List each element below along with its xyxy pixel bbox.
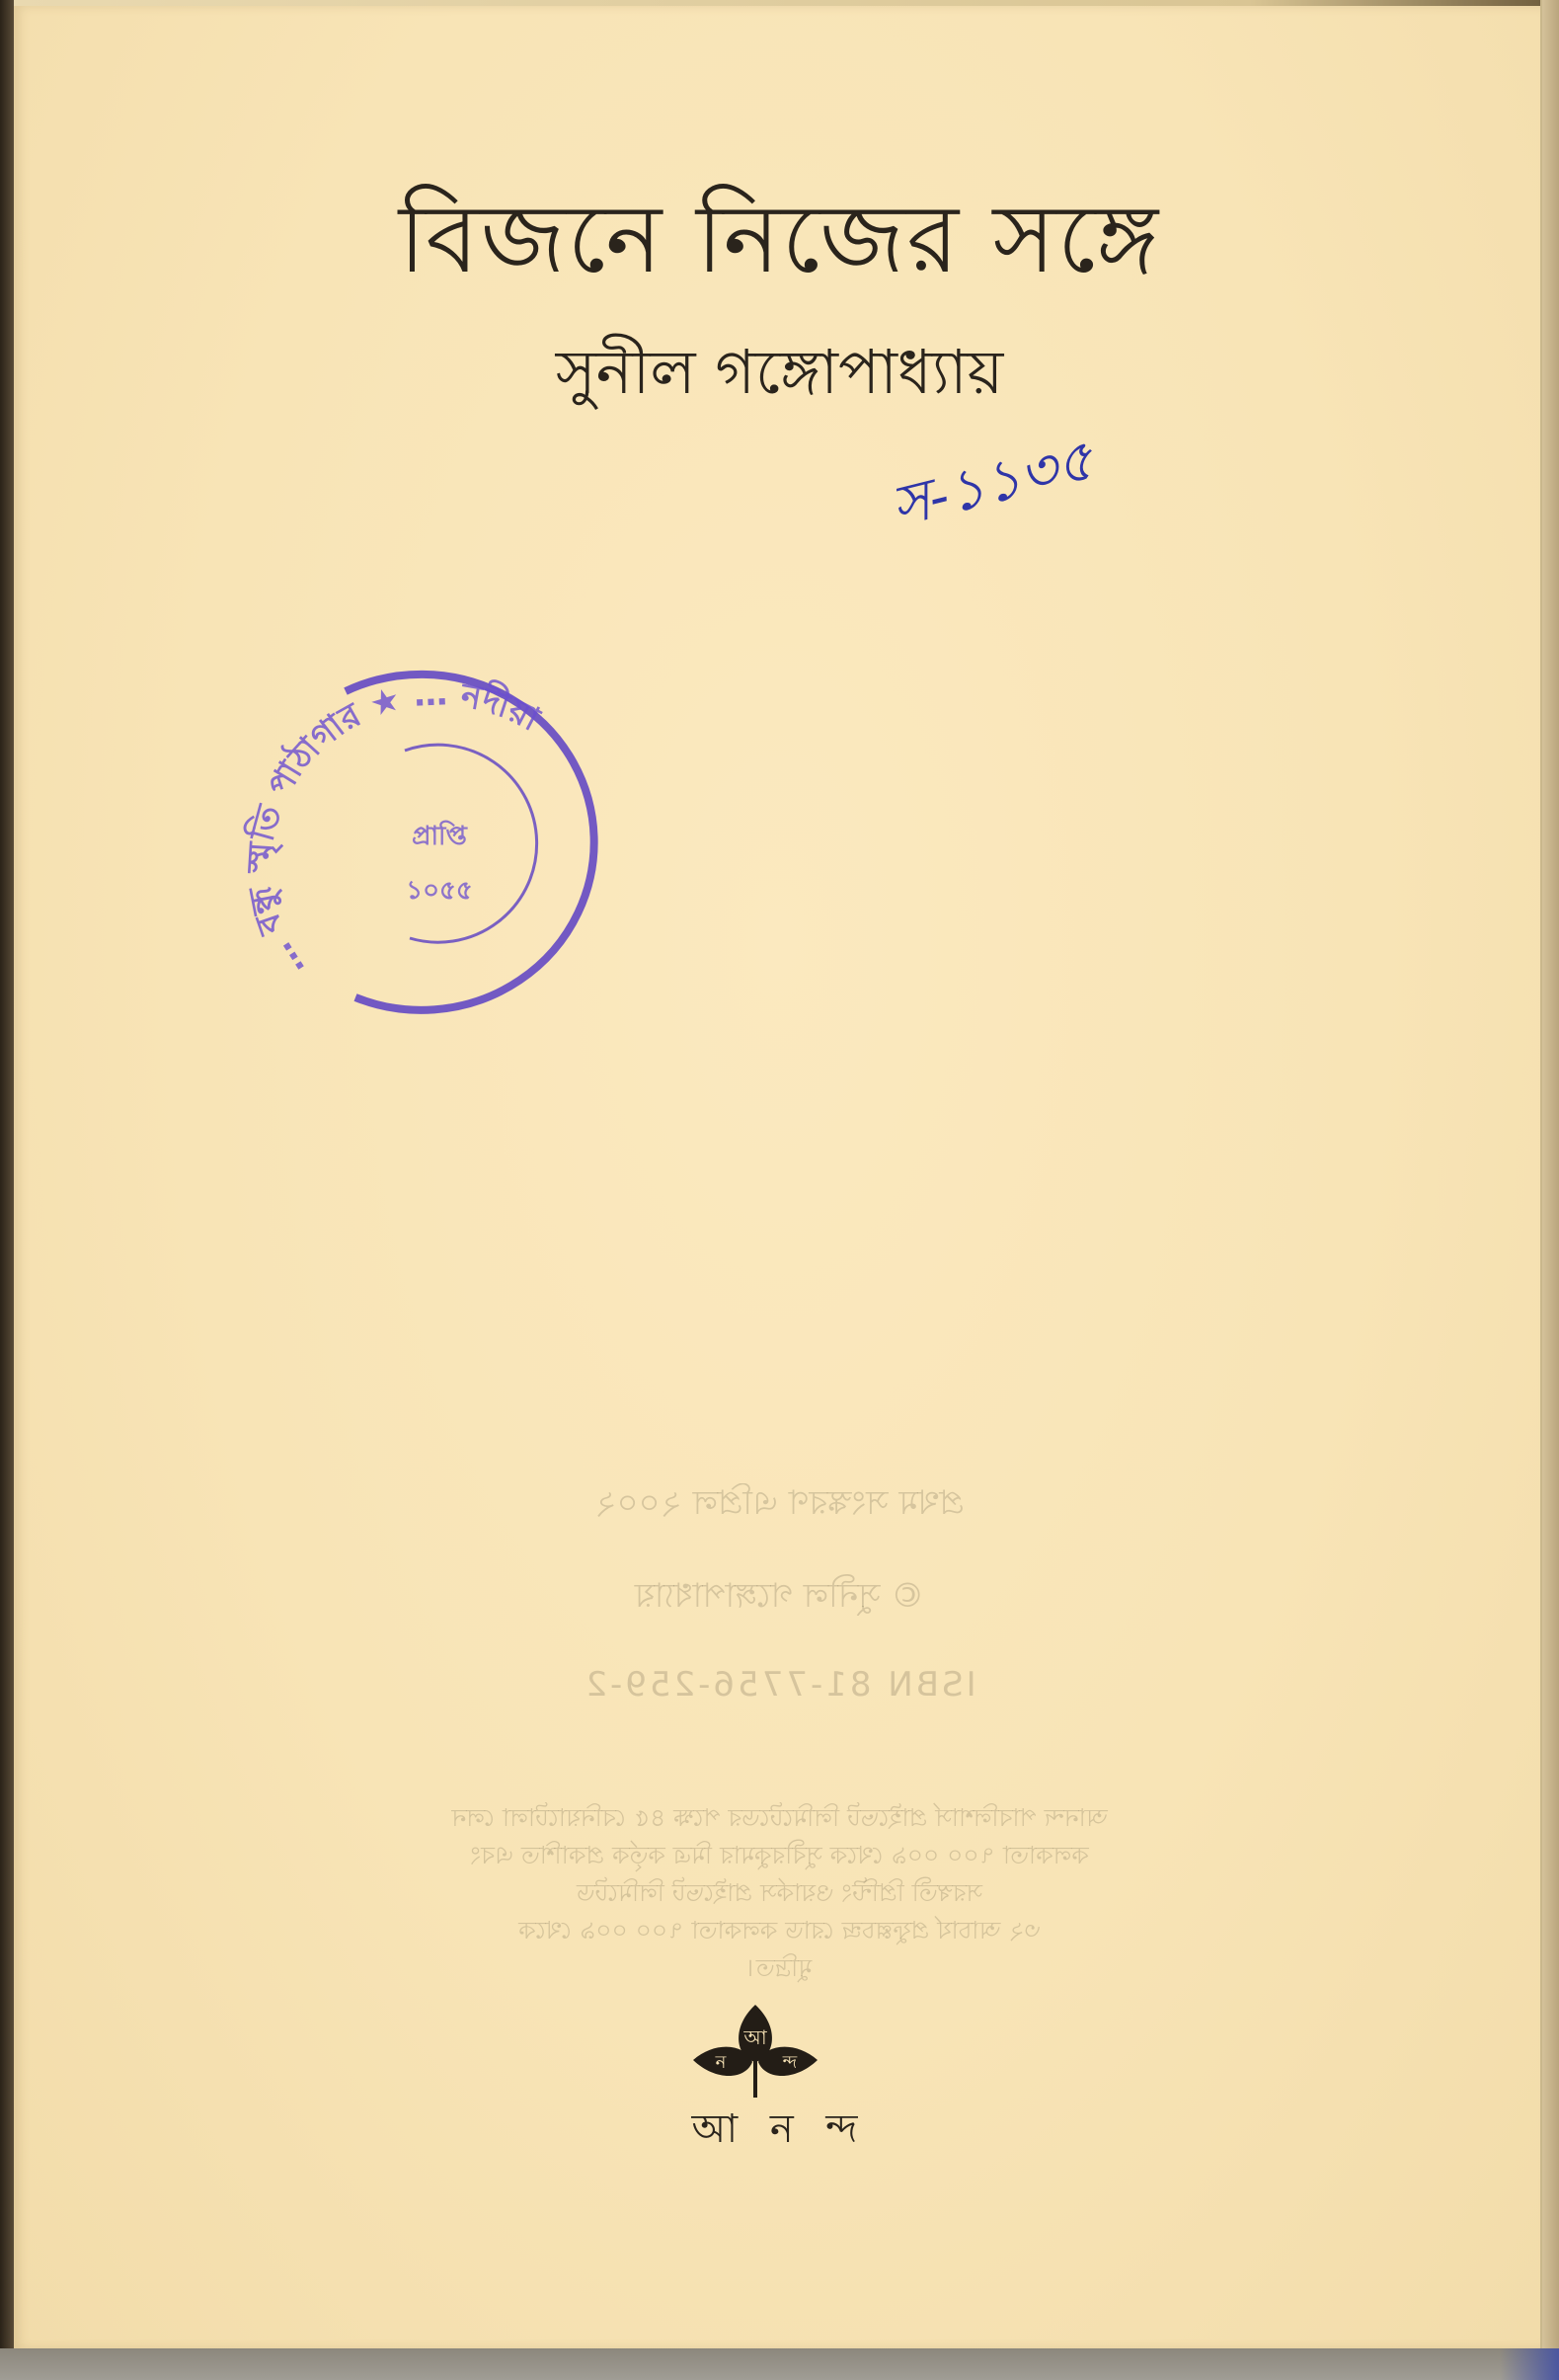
imprint-line: আনন্দ পাবলিশার্স প্রাইভেট লিমিটেডের পক্ষ… [0,1799,1559,1837]
scan-corner-tint [1500,2348,1559,2380]
bleed-isbn: ISBN 81-7756-259-2 [0,1665,1559,1705]
leaf-letter-top: আ [742,2025,767,2049]
imprint-line: কলকাতা ৭০০ ০০৯ থেকে সুবীরকুমার মিত্র কর্… [0,1837,1559,1874]
three-leaf-logo-icon: আ ন ন্দ [691,2003,819,2102]
imprint-line: সরস্বতী প্রিন্টিং ওয়ার্কস প্রাইভেট লিমি… [0,1874,1559,1912]
imprint-line: মুদ্রিত। [0,1949,1559,1987]
bleed-imprint: আনন্দ পাবলিশার্স প্রাইভেট লিমিটেডের পক্ষ… [0,1799,1559,1987]
svg-text:… বন্ধু স্মৃতি পাঠাগার ★ … নদী: … বন্ধু স্মৃতি পাঠাগার ★ … নদীয়া [240,674,547,985]
publisher-wordmark: আ ন ন্দ [0,2098,1559,2164]
imprint-line: ৩২ আচার্য প্রফুল্লচন্দ্র রোড কলকাতা ৭০০ … [0,1912,1559,1949]
book-title: বিজনে নিজের সঙ্গে [0,166,1559,325]
publisher-logo: আ ন ন্দ [691,2003,819,2102]
bleed-edition: প্রথম সংস্করণ এপ্রিল ২০০২ [0,1477,1559,1534]
leaf-letter-right: ন্দ [782,2052,798,2073]
scan-bottom-band [0,2348,1559,2380]
library-stamp: … বন্ধু স্মৃতি পাঠাগার ★ … নদীয়া প্রাপ্… [237,642,652,1037]
leaf-letter-left: ন [715,2052,727,2073]
bleed-copyright: © সুনীল গঙ্গোপাধ্যায় [0,1570,1559,1626]
stamp-center-label: প্রাপ্তি [412,820,468,851]
stamp-center-number: ১০৫৫ [406,876,473,906]
book-author: সুনীল গঙ্গোপাধ্যায় [0,326,1559,428]
stamp-outer-text: … বন্ধু স্মৃতি পাঠাগার ★ … নদীয়া [240,674,547,985]
stamp-ring-icon: … বন্ধু স্মৃতি পাঠাগার ★ … নদীয়া প্রাপ্… [237,642,652,1037]
